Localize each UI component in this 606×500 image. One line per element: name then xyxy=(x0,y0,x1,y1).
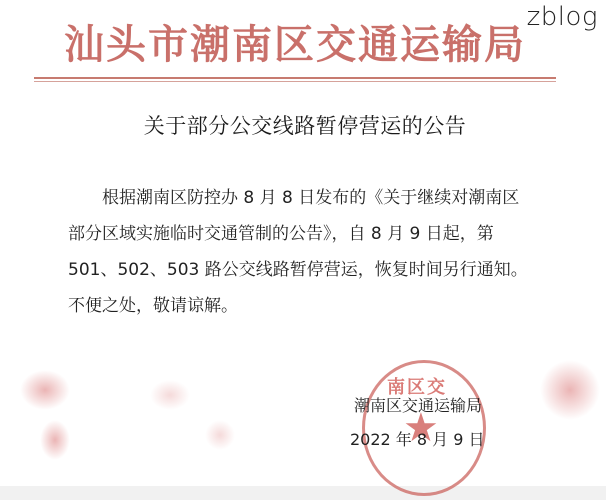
body-line: 部分区域实施临时交通管制的公告》，自 8 月 9 日起，第 xyxy=(68,216,538,252)
notice-title: 关于部分公交线路暂停营运的公告 xyxy=(80,110,530,140)
ink-smudge xyxy=(40,420,70,460)
header-divider-thin xyxy=(34,81,556,82)
signature: 潮南区交通运输局 xyxy=(354,393,482,416)
organization-header: 汕头市潮南区交通运输局 xyxy=(50,20,540,70)
issue-date: 2022 年 8 月 9 日 xyxy=(350,427,485,450)
ink-smudge xyxy=(205,420,235,450)
body-line: 不便之处，敬请谅解。 xyxy=(68,288,538,324)
ink-smudge xyxy=(20,370,70,410)
ink-smudge xyxy=(540,360,600,420)
ink-smudge xyxy=(150,380,190,410)
page-bottom-edge xyxy=(0,486,606,500)
notice-body: 根据潮南区防控办 8 月 8 日发布的《关于继续对潮南区 部分区域实施临时交通管… xyxy=(68,180,538,324)
body-line: 根据潮南区防控办 8 月 8 日发布的《关于继续对潮南区 xyxy=(68,180,538,216)
header-divider-thick xyxy=(34,77,556,79)
body-line: 501、502、503 路公交线路暂停营运，恢复时间另行通知。 xyxy=(68,252,538,288)
